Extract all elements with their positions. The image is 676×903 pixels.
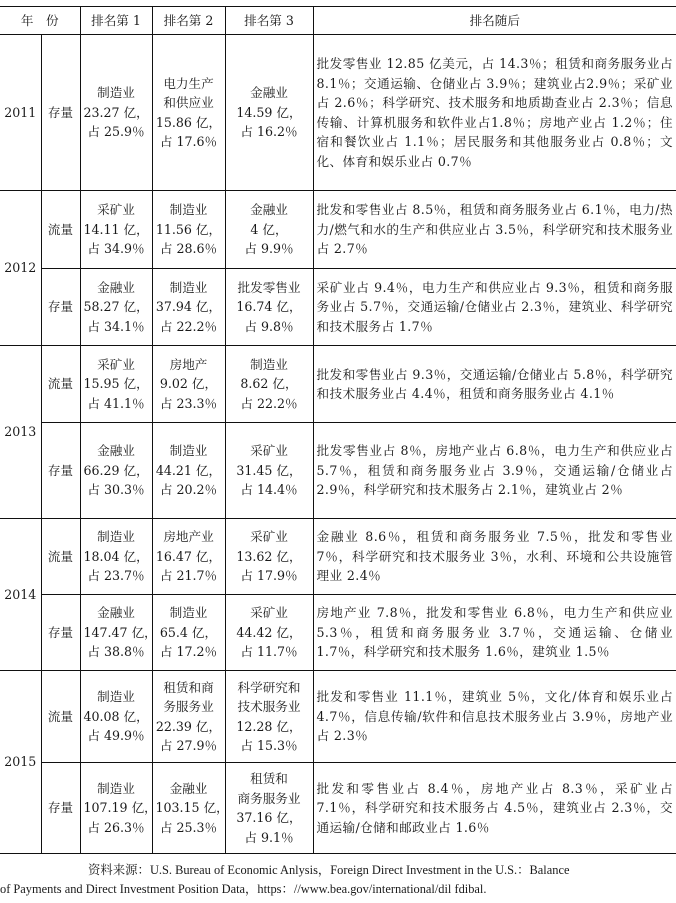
industry-name: 制造业 [84,779,149,799]
rank1-cell: 制造业 23.27 亿， 占 25.9％ [80,35,152,191]
rank1-cell: 制造业 40.08 亿， 占 49.9％ [80,671,152,763]
industry-name: 租赁和 [229,769,310,789]
rank2-cell: 制造业 65.4 亿， 占 17.2％ [152,595,225,671]
amount: 16.47 亿， [156,547,222,567]
amount: 31.45 亿， [229,461,310,481]
table-row: 存量 金融业 58.27 亿， 占 34.1％ 制造业 37.94 亿， 占 2… [0,269,676,346]
industry-name: 金融业 [229,83,310,103]
rank1-cell: 金融业 66.29 亿， 占 30.3％ [80,423,152,519]
rank2-cell: 房地产业 16.47 亿， 占 21.7％ [152,519,225,595]
industry-name: 采矿业 [229,441,310,461]
amount: 12.28 亿， [229,717,310,737]
share: 占 27.9％ [156,736,222,756]
year-cell: 2013 [0,346,41,519]
share: 占 30.3％ [84,480,149,500]
rank3-cell: 租赁和 商务服务业 37.16 亿， 占 9.1％ [225,763,313,854]
industry-name: 租赁和商 [156,678,222,698]
table-row: 2012 流量 采矿业 14.11 亿， 占 34.9％ 制造业 11.56 亿… [0,191,676,269]
industry-name: 批发零售业 [229,278,310,298]
year-cell: 2011 [0,35,41,191]
share: 占 34.9％ [84,239,149,259]
header-rank-1: 排名第 1 [80,7,152,35]
kind-cell: 流量 [41,191,80,269]
rest-cell: 房地产业 7.8％，批发和零售业 6.8％，电力生产和供应业 5.3％，租赁和商… [313,595,676,671]
share: 占 23.7％ [84,566,149,586]
amount: 15.86 亿， [156,113,222,133]
share: 占 26.3％ [84,818,149,838]
industry-name: 制造业 [156,603,222,623]
rank3-cell: 采矿业 31.45 亿， 占 14.4％ [225,423,313,519]
amount: 58.27 亿， [84,297,149,317]
rank1-cell: 金融业 58.27 亿， 占 34.1％ [80,269,152,346]
share: 占 11.7％ [229,642,310,662]
industry-name: 金融业 [156,779,222,799]
year-cell: 2014 [0,519,41,671]
rank2-cell: 制造业 11.56 亿， 占 28.6％ [152,191,225,269]
share: 占 9.9％ [229,239,310,259]
kind-cell: 存量 [41,763,80,854]
amount: 107.19 亿， [84,798,149,818]
amount: 37.16 亿， [229,808,310,828]
rank2-cell: 金融业 103.15 亿， 占 25.3％ [152,763,225,854]
rank3-cell: 批发零售业 16.74 亿， 占 9.8％ [225,269,313,346]
source-line-2: of Payments and Direct Investment Positi… [0,880,676,899]
amount: 147.47 亿， [84,623,149,643]
rank3-cell: 采矿业 13.62 亿， 占 17.9％ [225,519,313,595]
kind-cell: 存量 [41,269,80,346]
rest-cell: 采矿业占 9.4％，电力生产和供应业占 9.3％，租赁和商务服务业占 5.7％，… [313,269,676,346]
industry-name: 制造业 [84,687,149,707]
source-note: 资料来源：U.S. Bureau of Economic Anlysis，For… [0,861,676,899]
rank1-cell: 采矿业 15.95 亿， 占 41.1％ [80,346,152,423]
industry-name: 电力生产 [156,74,222,94]
industry-name: 和供应业 [156,93,222,113]
amount: 37.94 亿， [156,297,222,317]
rest-cell: 批发和零售业 11.1％，建筑业 5％，文化/体育和娱乐业占 4.7％，信息传输… [313,671,676,763]
share: 占 17.2％ [156,642,222,662]
share: 占 14.4％ [229,480,310,500]
industry-name: 金融业 [84,278,149,298]
share: 占 17.6％ [156,132,222,152]
share: 占 25.9％ [84,122,149,142]
header-rest: 排名随后 [313,7,676,35]
amount: 44.42 亿， [229,623,310,643]
share: 占 17.9％ [229,566,310,586]
share: 占 21.7％ [156,566,222,586]
rest-cell: 批发零售业 12.85 亿美元，占 14.3％；租赁和商务服务业占 8.1％；交… [313,35,676,191]
kind-cell: 存量 [41,423,80,519]
rank1-cell: 采矿业 14.11 亿， 占 34.9％ [80,191,152,269]
industry-name: 商务服务业 [229,789,310,809]
rank3-cell: 科学研究和 技术服务业 12.28 亿， 占 15.3％ [225,671,313,763]
table-row: 存量 金融业 147.47 亿， 占 38.8％ 制造业 65.4 亿， 占 1… [0,595,676,671]
rank1-cell: 制造业 107.19 亿， 占 26.3％ [80,763,152,854]
rest-cell: 批发和零售业占 9.3％，交通运输/仓储业占 5.8％，科学研究和技术服务业占 … [313,346,676,423]
rank3-cell: 金融业 14.59 亿， 占 16.2％ [225,35,313,191]
share: 占 49.9％ [84,726,149,746]
table-row: 2011 存量 制造业 23.27 亿， 占 25.9％ 电力生产 和供应业 1… [0,35,676,191]
industry-name: 金融业 [229,200,310,220]
rest-cell: 批发零售业占 8％，房地产业占 6.8％，电力生产和供应业占 5.7％，租赁和商… [313,423,676,519]
amount: 4 亿， [229,220,310,240]
table-row: 2013 流量 采矿业 15.95 亿， 占 41.1％ 房地产 9.02 亿，… [0,346,676,423]
industry-name: 科学研究和 [229,678,310,698]
rank3-cell: 制造业 8.62 亿， 占 22.2％ [225,346,313,423]
industry-name: 采矿业 [229,527,310,547]
rank3-cell: 金融业 4 亿， 占 9.9％ [225,191,313,269]
industry-name: 金融业 [84,603,149,623]
industry-name: 房地产业 [156,527,222,547]
header-row: 年 份 排名第 1 排名第 2 排名第 3 排名随后 [0,7,676,35]
kind-cell: 流量 [41,346,80,423]
industry-name: 制造业 [156,200,222,220]
rank1-cell: 金融业 147.47 亿， 占 38.8％ [80,595,152,671]
amount: 22.39 亿， [156,717,222,737]
industry-name: 采矿业 [84,200,149,220]
share: 占 22.2％ [156,317,222,337]
industry-name: 房地产 [156,355,222,375]
table-row: 存量 制造业 107.19 亿， 占 26.3％ 金融业 103.15 亿， 占… [0,763,676,854]
share: 占 22.2％ [229,394,310,414]
amount: 8.62 亿， [229,374,310,394]
share: 占 20.2％ [156,480,222,500]
table-row: 存量 金融业 66.29 亿， 占 30.3％ 制造业 44.21 亿， 占 2… [0,423,676,519]
rest-cell: 批发和零售业占 8.5％，租赁和商务服务业占 6.1％，电力/热力/燃气和水的生… [313,191,676,269]
table-row: 2014 流量 制造业 18.04 亿， 占 23.7％ 房地产业 16.47 … [0,519,676,595]
share: 占 34.1％ [84,317,149,337]
rank2-cell: 制造业 44.21 亿， 占 20.2％ [152,423,225,519]
table-row: 2015 流量 制造业 40.08 亿， 占 49.9％ 租赁和商 务服务业 2… [0,671,676,763]
year-cell: 2015 [0,671,41,854]
rank2-cell: 租赁和商 务服务业 22.39 亿， 占 27.9％ [152,671,225,763]
share: 占 15.3％ [229,736,310,756]
rank2-cell: 制造业 37.94 亿， 占 22.2％ [152,269,225,346]
header-rank-3: 排名第 3 [225,7,313,35]
kind-cell: 流量 [41,671,80,763]
industry-name: 制造业 [156,278,222,298]
kind-cell: 存量 [41,35,80,191]
header-rank-2: 排名第 2 [152,7,225,35]
kind-cell: 存量 [41,595,80,671]
share: 占 16.2％ [229,122,310,142]
amount: 66.29 亿， [84,461,149,481]
amount: 65.4 亿， [156,623,222,643]
amount: 18.04 亿， [84,547,149,567]
share: 占 23.3％ [156,394,222,414]
share: 占 9.1％ [229,828,310,848]
rest-cell: 批发和零售业占 8.4％，房地产业占 8.3％，采矿业占 7.1％，科学研究和技… [313,763,676,854]
industry-name: 采矿业 [84,355,149,375]
industry-name: 制造业 [229,355,310,375]
amount: 40.08 亿， [84,707,149,727]
amount: 14.59 亿， [229,103,310,123]
industry-name: 制造业 [84,83,149,103]
share: 占 41.1％ [84,394,149,414]
amount: 9.02 亿， [156,374,222,394]
amount: 103.15 亿， [156,798,222,818]
industry-name: 制造业 [84,527,149,547]
amount: 14.11 亿， [84,220,149,240]
rest-cell: 金融业 8.6％，租赁和商务服务业 7.5％，批发和零售业 7％，科学研究和技术… [313,519,676,595]
header-year: 年 份 [0,7,80,35]
kind-cell: 流量 [41,519,80,595]
share: 占 9.8％ [229,317,310,337]
amount: 44.21 亿， [156,461,222,481]
share: 占 38.8％ [84,642,149,662]
rank3-cell: 采矿业 44.42 亿， 占 11.7％ [225,595,313,671]
industry-name: 务服务业 [156,697,222,717]
industry-name: 制造业 [156,441,222,461]
fdi-industry-ranking-table: 年 份 排名第 1 排名第 2 排名第 3 排名随后 2011 存量 制造业 2… [0,6,676,854]
amount: 11.56 亿， [156,220,222,240]
amount: 13.62 亿， [229,547,310,567]
rank1-cell: 制造业 18.04 亿， 占 23.7％ [80,519,152,595]
source-line-1: 资料来源：U.S. Bureau of Economic Anlysis，For… [0,861,676,880]
amount: 15.95 亿， [84,374,149,394]
amount: 23.27 亿， [84,103,149,123]
rank2-cell: 电力生产 和供应业 15.86 亿， 占 17.6％ [152,35,225,191]
rank2-cell: 房地产 9.02 亿， 占 23.3％ [152,346,225,423]
year-cell: 2012 [0,191,41,346]
share: 占 25.3％ [156,818,222,838]
share: 占 28.6％ [156,239,222,259]
amount: 16.74 亿， [229,297,310,317]
industry-name: 技术服务业 [229,697,310,717]
industry-name: 采矿业 [229,603,310,623]
industry-name: 金融业 [84,441,149,461]
